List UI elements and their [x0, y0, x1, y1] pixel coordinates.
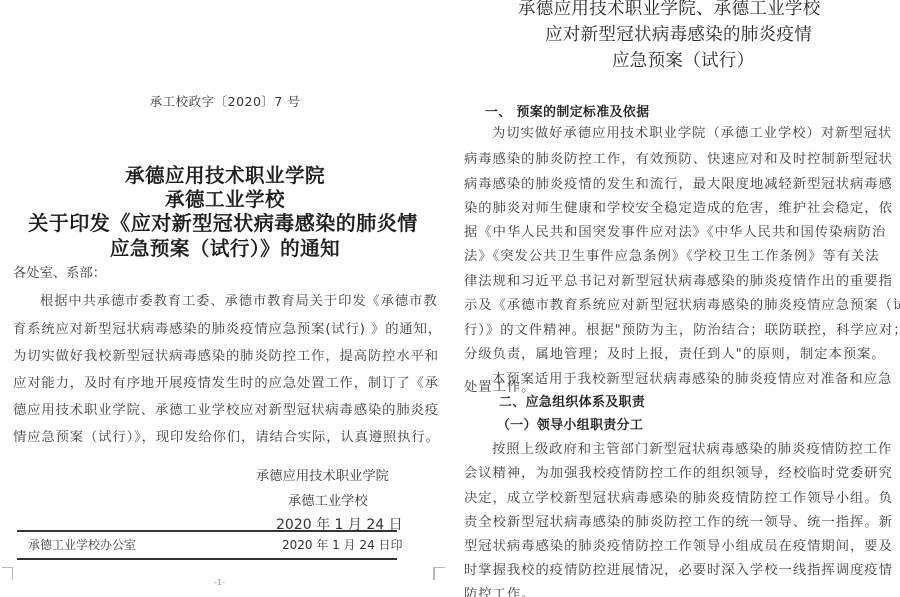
subsection-1-heading: （一）领导小组职责分工 [497, 414, 643, 433]
section-1-line: 分级负责，属地管理；及时上报，责任到人"的原则，制定本预案。 [464, 343, 886, 362]
subsection-1-line: 决定，成立学校新型冠状病毒感染的肺炎疫情防控工作领导小组。负 [464, 487, 893, 506]
section-1-line: 行）》的文件精神。根据"预防为主，防治结合；联防联控，科学应对； [464, 319, 900, 338]
body-line: 德应用技术职业学院、承德工业学校应对新型冠状病毒感染的肺炎疫 [13, 399, 439, 418]
subsection-1-line: 会议精神，为加强我校疫情防控工作的组织领导，经校临时党委研究 [464, 462, 893, 481]
body-line: 育系统应对新型冠状病毒感染的肺炎疫情应急预案(试行) 》的通知， [13, 318, 442, 337]
section-2-heading: 二、应急组织体系及职责 [499, 391, 645, 410]
subsection-1-line: 防控工作。 [464, 583, 535, 597]
scope-line: 本预案适用于我校新型冠状病毒感染的肺炎疫情应对准备和应急 [492, 368, 892, 387]
subsection-1-line: 责全校新型冠状病毒感染的肺炎防控工作的统一领导、统一指挥。新 [464, 511, 893, 530]
body-line: 应对能力，及时有序地开展疫情发生时的应急处置工作，制订了《承 [13, 372, 439, 391]
section-1-line: 染的肺炎对师生健康和学校安全稳定造成的危害，维护社会稳定，依 [464, 197, 893, 216]
subsection-1-line: 按照上级政府和主管部门新型冠状病毒感染的肺炎疫情防控工作 [492, 438, 892, 457]
section-1-line: 病毒感染的肺炎疫情的发生和流行，最大限度地减轻新型冠状病毒感 [464, 173, 893, 192]
body-line: 情应急预案（试行）》，现印发给你们，请结合实际，认真遵照执行。 [13, 426, 440, 445]
section-1-line: 为切实做好承德应用技术职业学院（承德工业学校）对新型冠状 [492, 122, 892, 141]
title-line-4: 应急预案（试行）》的通知 [0, 233, 450, 261]
subsection-1-line: 型冠状病毒感染的肺炎疫情防控工作领导小组成员在疫情期间，要及 [464, 535, 893, 554]
crop-mark-icon [433, 567, 444, 580]
document-number: 承工校政字〔2020〕7 号 [0, 92, 450, 110]
signature-org-2: 承德工业学校 [288, 490, 368, 509]
body-line: 根据中共承德市委教育工委、承德市教育局关于印发《承德市教 [40, 290, 438, 309]
footer-rule-top [17, 530, 397, 532]
title-line-3: 关于印发《应对新型冠状病毒感染的肺炎情 [0, 207, 448, 236]
crop-mark-icon [2, 567, 13, 580]
issuing-office: 承德工业学校办公室 [28, 536, 136, 553]
plan-title-line-3: 应急预案（试行） [612, 47, 754, 72]
section-1-line: 示及《承德市教育系统应对新型冠状病毒感染的肺炎疫情应急预案（试 [464, 294, 900, 313]
section-1-line: 据《中华人民共和国突发事件应对法》《中华人民共和国传染病防治 [464, 221, 886, 240]
body-line: 为切实做好我校新型冠状病毒感染的肺炎防控工作，提高防控水平和 [13, 345, 439, 364]
print-date: 2020 年 1 月 24 日印 [282, 536, 403, 553]
notice-page: 承工校政字〔2020〕7 号 承德应用技术职业学院 承德工业学校 关于印发《应对… [0, 0, 450, 597]
section-1-heading: 一、 预案的制定标准及依据 [485, 101, 650, 120]
plan-title-line-1: 承德应用技术职业学院、承德工业学校 [518, 0, 821, 20]
section-1-line: 法》《突发公共卫生事件应急条例》《学校卫生工作条例》等有关法 [464, 245, 880, 264]
section-1-line: 律法规和习近平总书记对新型冠状病毒感染的肺炎疫情作出的重要指 [464, 270, 893, 289]
footer-rule-bottom [17, 558, 397, 560]
subsection-1-line: 时掌握我校的疫情防控进展情况，必要时深入学校一线指挥调度疫情 [464, 559, 893, 578]
section-1-line: 病毒感染的肺炎防控工作，有效预防、快速应对和及时控制新型冠状 [464, 148, 893, 167]
signature-org-1: 承德应用技术职业学院 [256, 465, 389, 484]
plan-title-line-2: 应对新型冠状病毒感染的肺炎疫情 [545, 21, 812, 46]
page-number: -1- [214, 578, 225, 587]
salutation: 各处室、系部： [13, 262, 106, 281]
